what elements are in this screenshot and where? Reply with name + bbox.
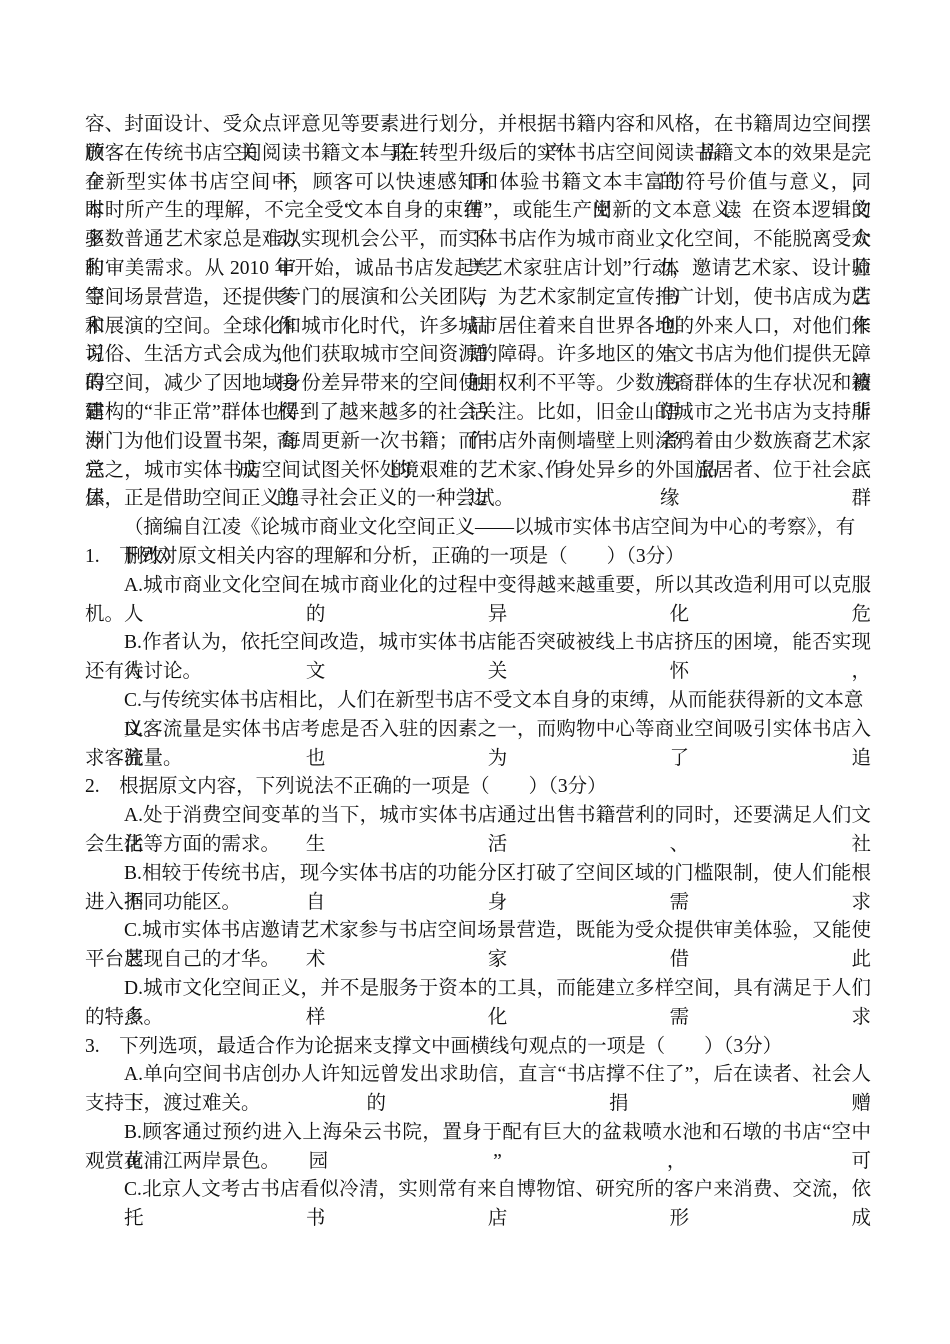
exam-page: 容、封面设计、受众点评意见等要素进行划分，并根据书籍内容和风格，在书籍周边空间摆… — [0, 0, 950, 1344]
passage-paragraph-line: 和展演的空间。全球化和城市化时代，许多城市居住着来自世界各地的外来人口，对他们来… — [85, 313, 871, 342]
question-1-option-b-line: B.作者认为，依托空间改造，城市实体书店能否突破被线上书店挤压的困境，能否实现人… — [85, 629, 871, 658]
passage-paragraph-line: 和审美需求。从 2010 年开始，诚品书店发起“艺术家驻店计划”行动，邀请艺术家… — [85, 255, 871, 284]
question-3-option-b-line: B.顾客通过预约进入上海朵云书院，置身于配有巨大的盆栽喷水池和石墩的书店“空中花… — [85, 1119, 871, 1148]
question-1-option-d-line: D.客流量是实体书店考虑是否入驻的因素之一，而购物中心等商业空间吸引实体书店入驻… — [85, 716, 871, 745]
passage-paragraph-line: 的空间，减少了因地域身份差异带来的空间使用权利不平等。少数族裔群体的生存状况和被… — [85, 370, 871, 399]
question-3-stem-line: 3. 下列选项，最适合作为论据来支撑文中画横线句观点的一项是（ ）（3分） — [85, 1033, 871, 1062]
passage-paragraph-line: 建构的“非正常”群体也得到了越来越多的社会关注。比如，旧金山的城市之光书店为支持… — [85, 399, 871, 428]
source-citation-line: （摘编自江凌《论城市商业文化空间正义——以城市实体书店空间为中心的考察》，有删改… — [85, 514, 871, 543]
question-1-option-c-line: C.与传统实体书店相比，人们在新型书店不受文本自身的束缚，从而能获得新的文本意义… — [85, 687, 871, 716]
passage-paragraph-line: 本时所产生的理解，不完全受文本自身的束缚”，或能生产出新的文本意义。在资本逻辑的… — [85, 197, 871, 226]
question-1-stem-line: 1. 下列对原文相关内容的理解和分析，正确的一项是（ ）（3分） — [85, 543, 871, 572]
question-2-stem-line: 2. 根据原文内容，下列说法不正确的一项是（ ）（3分） — [85, 773, 871, 802]
question-2-option-a-line: A.处于消费空间变革的当下，城市实体书店通过出售书籍营利的同时，还要满足人们文化… — [85, 802, 871, 831]
question-2-option-c-line: C.城市实体书店邀请艺术家参与书店空间场景营造，既能为受众提供审美体验，又能使艺… — [85, 917, 871, 946]
passage-paragraph-line: 空间场景营造，还提供专门的展演和公关团队，为艺术家制定宣传推广计划，使书店成为艺… — [85, 284, 871, 313]
passage-paragraph-line: 多数普通艺术家总是难以实现机会公平，而实体书店作为城市商业文化空间，不能脱离受众… — [85, 226, 871, 255]
passage-paragraph-line: 总之，城市实体书店空间试图关怀处境艰难的艺术家、身处异乡的外国旅居者、位于社会底… — [85, 457, 871, 486]
question-2-option-b-line: B.相较于传统书店，现今实体书店的功能分区打破了空间区域的门槛限制，使人们能根据… — [85, 860, 871, 889]
question-1-option-a-line: A.城市商业文化空间在城市商业化的过程中变得越来越重要，所以其改造利用可以克服人… — [85, 572, 871, 601]
passage-paragraph-line: 专门为他们设置书架，每周更新一次书籍；而书店外南侧墙壁上则涂鸦着由少数族裔艺术家… — [85, 428, 871, 457]
passage-paragraph-line: 顾客在传统书店空间阅读书籍文本与在转型升级后的实体书店空间阅读书籍文本的效果是完… — [85, 140, 871, 169]
question-3-option-a-line: A.单向空间书店创办人许知远曾发出求助信，直言“书店撑不住了”，后在读者、社会人… — [85, 1061, 871, 1090]
question-3-option-c-line: C.北京人文考古书店看似冷清，实则常有来自博物馆、研究所的客户来消费、交流，依托… — [85, 1176, 871, 1205]
passage-paragraph-line: 容、封面设计、受众点评意见等要素进行划分，并根据书籍内容和风格，在书籍周边空间摆… — [85, 111, 871, 140]
text-column: 容、封面设计、受众点评意见等要素进行划分，并根据书籍内容和风格，在书籍周边空间摆… — [85, 111, 871, 1205]
passage-paragraph-line: 习俗、生活方式会成为他们获取城市空间资源的障碍。许多地区的外文书店为他们提供无障… — [85, 341, 871, 370]
question-2-option-d-line: D.城市文化空间正义，并不是服务于资本的工具，而能建立多样空间，具有满足于人们多… — [85, 975, 871, 1004]
passage-paragraph-line: 在新型实体书店空间中，顾客可以快速感知和体验书籍文本丰富的符号价值与意义，同时，… — [85, 169, 871, 198]
